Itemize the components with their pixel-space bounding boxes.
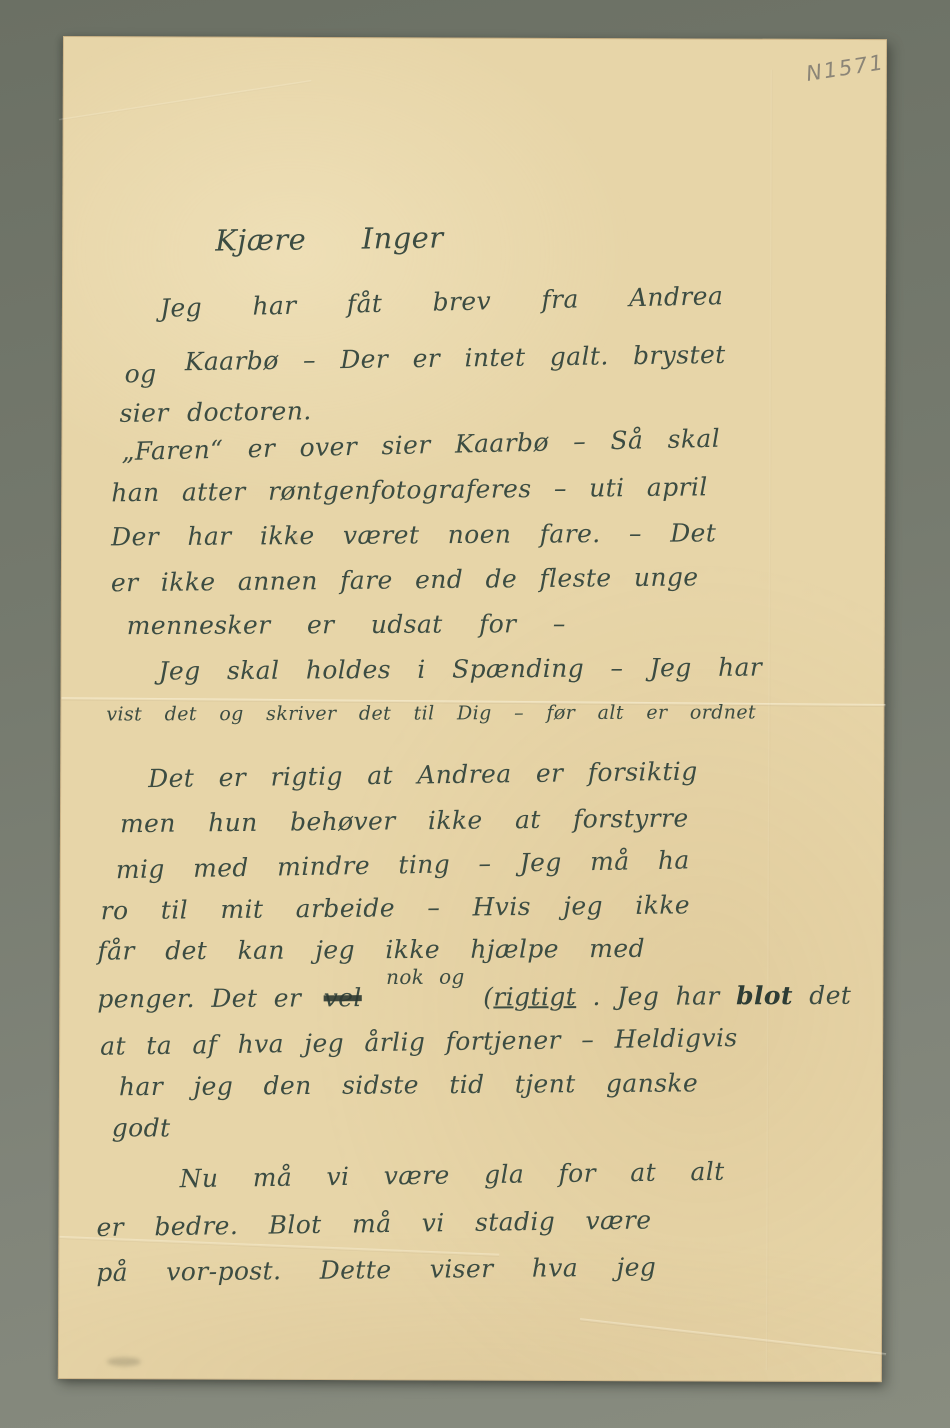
letter-line-with-correction: penger. Det er vel nok og (rigtigt . Jeg… [97,981,851,1015]
letter-paper: N1571 Kjære Inger Jeg har fåt brev fra A… [58,36,887,1382]
letter-line: på vor-post. Dette viser hva jeg [96,1252,656,1288]
inserted-word-above: nok og [386,965,465,989]
letter-line: godt [112,1113,171,1143]
fold-crease-vertical [766,70,773,1370]
letter-line: Kaarbø – Der er intet galt. brystet [185,340,726,377]
struck-out-word: vel [324,983,362,1012]
letter-line: er ikke annen fare end de fleste unge [111,562,699,598]
fold-crease-bottom-right [580,1318,886,1356]
edit-line-pre: penger. Det er [97,983,301,1013]
letter-line: at ta af hva jeg årlig fortjener – Heldi… [100,1023,738,1062]
letter-line: mig med mindre ting – Jeg må ha [116,845,690,885]
letter-line: er bedre. Blot må vi stadig være [96,1205,651,1243]
bold-overwritten-word: blot [736,981,793,1010]
fold-crease-top-left [59,80,311,121]
letter-line: Det er rigtig at Andrea er forsiktig [148,757,698,794]
salutation: Kjære Inger [215,220,444,258]
edit-line-post: det [809,981,851,1010]
letter-line: Der har ikke været noen fare. – Det [111,518,716,552]
letter-line: Jeg har fåt brev fra Andrea [160,281,724,324]
letter-line-small: vist det og skriver det til Dig – før al… [106,701,756,726]
letter-line: har jeg den sidste tid tjent ganske [119,1068,698,1102]
edit-line-mid: . Jeg har [592,981,719,1011]
paper-stain [107,1357,141,1366]
letter-line: ro til mit arbeide – Hvis jeg ikke [101,890,691,926]
underlined-word: rigtigt [493,982,576,1011]
edit-line-paren: ( [483,982,493,1011]
photo-background: N1571 Kjære Inger Jeg har fåt brev fra A… [0,0,950,1428]
letter-line: Jeg skal holdes i Spænding – Jeg har [158,653,762,687]
letter-line: Nu må vi være gla for at alt [179,1157,724,1194]
letter-line: får det kan jeg ikke hjælpe med [97,934,645,967]
letter-line: „Faren“ er over sier Kaarbø – Så skal [121,424,720,467]
letter-line: han atter røntgenfotograferes – uti apri… [111,472,708,508]
catalog-number-annotation: N1571 [805,52,886,85]
letter-line: mennesker er udsat for – [127,609,566,641]
hanging-word: og [125,359,157,389]
letter-line: men hun behøver ikke at forstyrre [120,803,689,839]
letter-line: sier doctoren. [119,396,311,429]
